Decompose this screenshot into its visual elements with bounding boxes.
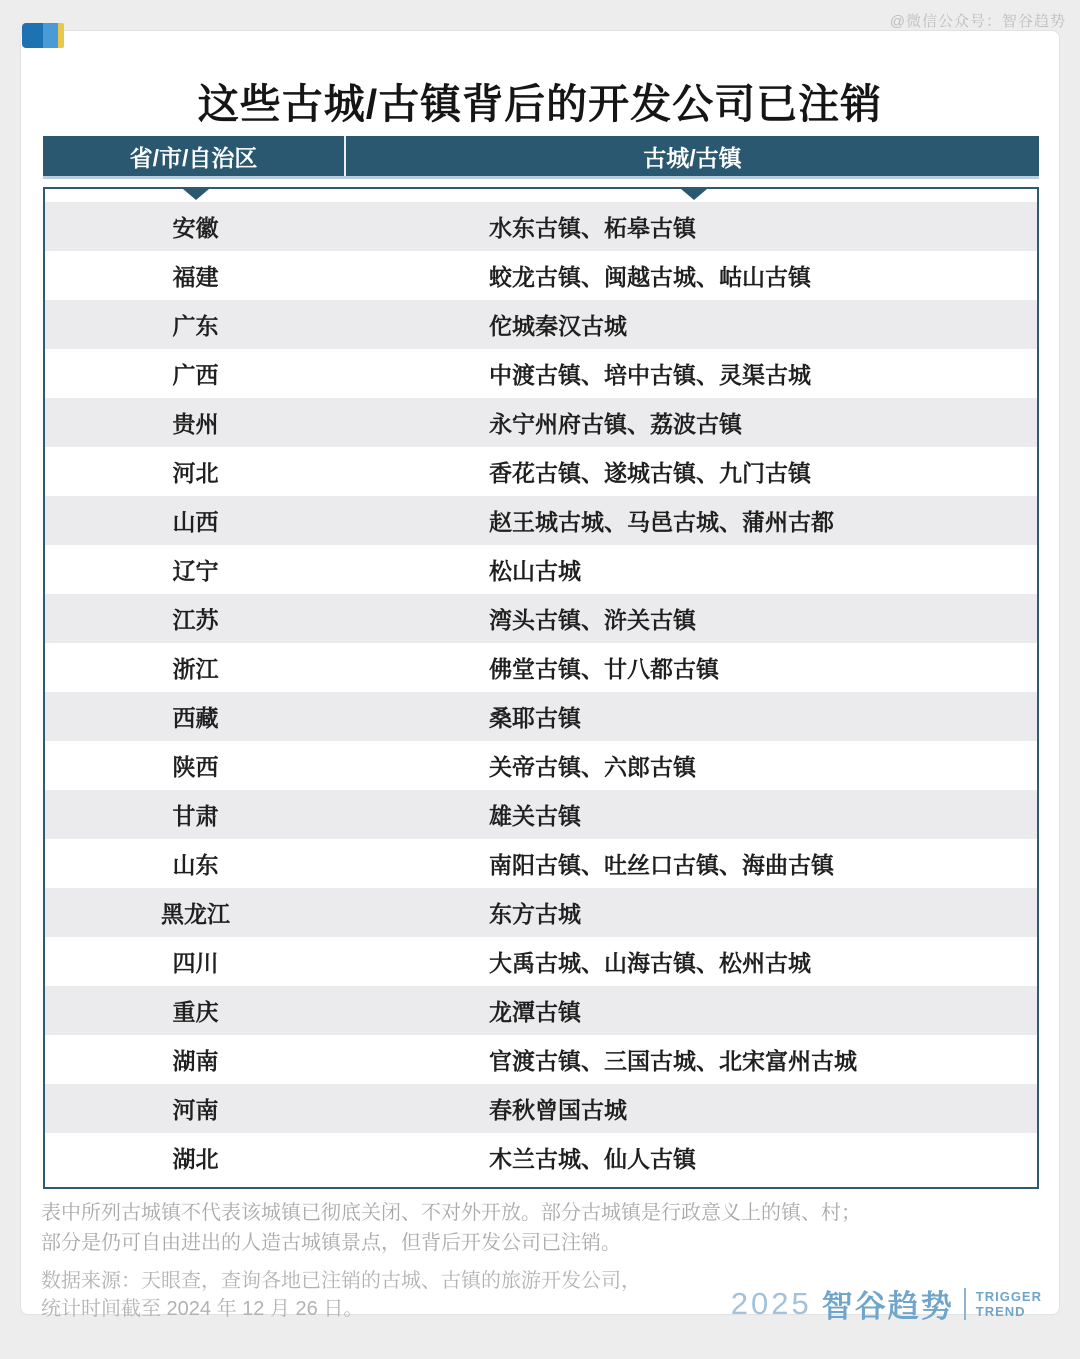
province-cell: 黑龙江 — [45, 896, 346, 929]
table-row: 安徽 水东古镇、柘皋古镇 — [45, 202, 1037, 251]
province-cell: 辽宁 — [45, 553, 346, 586]
table-row: 辽宁 松山古城 — [45, 545, 1037, 594]
table-row: 黑龙江 东方古城 — [45, 888, 1037, 937]
towns-cell: 永宁州府古镇、荔波古镇 — [346, 406, 1037, 439]
towns-cell: 佛堂古镇、廿八都古镇 — [346, 651, 1037, 684]
table-body: 安徽 水东古镇、柘皋古镇 福建 蛟龙古镇、闽越古城、岵山古镇 广东 佗城秦汉古城… — [43, 187, 1039, 1189]
towns-cell: 大禹古城、山海古镇、松州古城 — [346, 945, 1037, 978]
towns-cell: 香花古镇、遂城古镇、九门古镇 — [346, 455, 1037, 488]
table-row: 四川 大禹古城、山海古镇、松州古城 — [45, 937, 1037, 986]
table-header: 省/市/自治区 古城/古镇 — [43, 136, 1039, 179]
province-cell: 四川 — [45, 945, 346, 978]
brand-logo: 2025 智谷趋势 TRIGGER TREND — [731, 1281, 1042, 1326]
logo-en-line2: TREND — [976, 1304, 1026, 1319]
infographic-card: 这些古城/古镇背后的开发公司已注销 省/市/自治区 古城/古镇 安徽 水东古镇、… — [20, 30, 1060, 1315]
table-row: 山西 赵王城古城、马邑古城、蒲州古都 — [45, 496, 1037, 545]
province-cell: 西藏 — [45, 700, 346, 733]
disclaimer-line: 部分是仍可自由进出的人造古城镇景点，但背后开发公司已注销。 — [41, 1228, 1031, 1258]
province-cell: 江苏 — [45, 602, 346, 635]
towns-cell: 水东古镇、柘皋古镇 — [346, 210, 1037, 243]
province-cell: 湖南 — [45, 1043, 346, 1076]
page-title: 这些古城/古镇背后的开发公司已注销 — [21, 71, 1059, 130]
towns-cell: 东方古城 — [346, 896, 1037, 929]
table-row: 江苏 湾头古镇、浒关古镇 — [45, 594, 1037, 643]
towns-cell: 松山古城 — [346, 553, 1037, 586]
table-row: 广西 中渡古镇、培中古镇、灵渠古城 — [45, 349, 1037, 398]
table-row: 河北 香花古镇、遂城古镇、九门古镇 — [45, 447, 1037, 496]
deco-dark-blue-block — [22, 23, 43, 48]
towns-cell: 湾头古镇、浒关古镇 — [346, 602, 1037, 635]
pointer-triangle-province-icon — [183, 189, 209, 200]
logo-year: 2025 — [731, 1286, 812, 1322]
province-cell: 安徽 — [45, 210, 346, 243]
logo-en-line1: TRIGGER — [976, 1289, 1042, 1304]
table-row: 浙江 佛堂古镇、廿八都古镇 — [45, 643, 1037, 692]
province-cell: 河北 — [45, 455, 346, 488]
pointer-triangle-towns-icon — [681, 189, 707, 200]
table-row: 湖南 官渡古镇、三国古城、北宋富州古城 — [45, 1035, 1037, 1084]
province-cell: 河南 — [45, 1092, 346, 1125]
towns-cell: 桑耶古镇 — [346, 700, 1037, 733]
source-line: 统计时间截至 2024 年 12 月 26 日。 — [41, 1295, 801, 1323]
logo-english-name: TRIGGER TREND — [976, 1289, 1042, 1319]
disclaimer-note: 表中所列古城镇不代表该城镇已彻底关闭、不对外开放。部分古城镇是行政意义上的镇、村… — [41, 1198, 1031, 1258]
table-row: 西藏 桑耶古镇 — [45, 692, 1037, 741]
logo-divider — [964, 1288, 966, 1320]
disclaimer-line: 表中所列古城镇不代表该城镇已彻底关闭、不对外开放。部分古城镇是行政意义上的镇、村… — [41, 1198, 1031, 1228]
table-row: 甘肃 雄关古镇 — [45, 790, 1037, 839]
deco-yellow-block — [58, 23, 64, 48]
table-row: 重庆 龙潭古镇 — [45, 986, 1037, 1035]
province-cell: 贵州 — [45, 406, 346, 439]
logo-brand-name: 智谷趋势 — [822, 1281, 954, 1326]
source-line: 数据来源：天眼查，查询各地已注销的古城、古镇的旅游开发公司， — [41, 1267, 801, 1295]
province-cell: 山东 — [45, 847, 346, 880]
province-cell: 陕西 — [45, 749, 346, 782]
wechat-watermark: @微信公众号：智谷趋势 — [890, 10, 1066, 31]
towns-cell: 雄关古镇 — [346, 798, 1037, 831]
towns-cell: 赵王城古城、马邑古城、蒲州古都 — [346, 504, 1037, 537]
towns-cell: 龙潭古镇 — [346, 994, 1037, 1027]
table-row: 福建 蛟龙古镇、闽越古城、岵山古镇 — [45, 251, 1037, 300]
towns-cell: 木兰古城、仙人古镇 — [346, 1141, 1037, 1174]
province-cell: 广东 — [45, 308, 346, 341]
table-row: 贵州 永宁州府古镇、荔波古镇 — [45, 398, 1037, 447]
table-row: 陕西 关帝古镇、六郎古镇 — [45, 741, 1037, 790]
table-row: 山东 南阳古镇、吐丝口古镇、海曲古镇 — [45, 839, 1037, 888]
towns-cell: 春秋曾国古城 — [346, 1092, 1037, 1125]
data-source-note: 数据来源：天眼查，查询各地已注销的古城、古镇的旅游开发公司， 统计时间截至 20… — [41, 1267, 801, 1323]
towns-cell: 蛟龙古镇、闽越古城、岵山古镇 — [346, 259, 1037, 292]
province-cell: 湖北 — [45, 1141, 346, 1174]
header-cell-towns: 古城/古镇 — [346, 136, 1039, 176]
header-cell-province: 省/市/自治区 — [43, 136, 346, 176]
province-cell: 浙江 — [45, 651, 346, 684]
table-row: 河南 春秋曾国古城 — [45, 1084, 1037, 1133]
table-row: 广东 佗城秦汉古城 — [45, 300, 1037, 349]
province-cell: 福建 — [45, 259, 346, 292]
towns-cell: 官渡古镇、三国古城、北宋富州古城 — [346, 1043, 1037, 1076]
deco-light-blue-block — [43, 23, 58, 48]
towns-cell: 佗城秦汉古城 — [346, 308, 1037, 341]
province-cell: 甘肃 — [45, 798, 346, 831]
towns-cell: 中渡古镇、培中古镇、灵渠古城 — [346, 357, 1037, 390]
table-row: 湖北 木兰古城、仙人古镇 — [45, 1133, 1037, 1182]
towns-cell: 关帝古镇、六郎古镇 — [346, 749, 1037, 782]
towns-cell: 南阳古镇、吐丝口古镇、海曲古镇 — [346, 847, 1037, 880]
province-cell: 重庆 — [45, 994, 346, 1027]
province-cell: 山西 — [45, 504, 346, 537]
corner-decoration — [22, 23, 64, 48]
province-cell: 广西 — [45, 357, 346, 390]
